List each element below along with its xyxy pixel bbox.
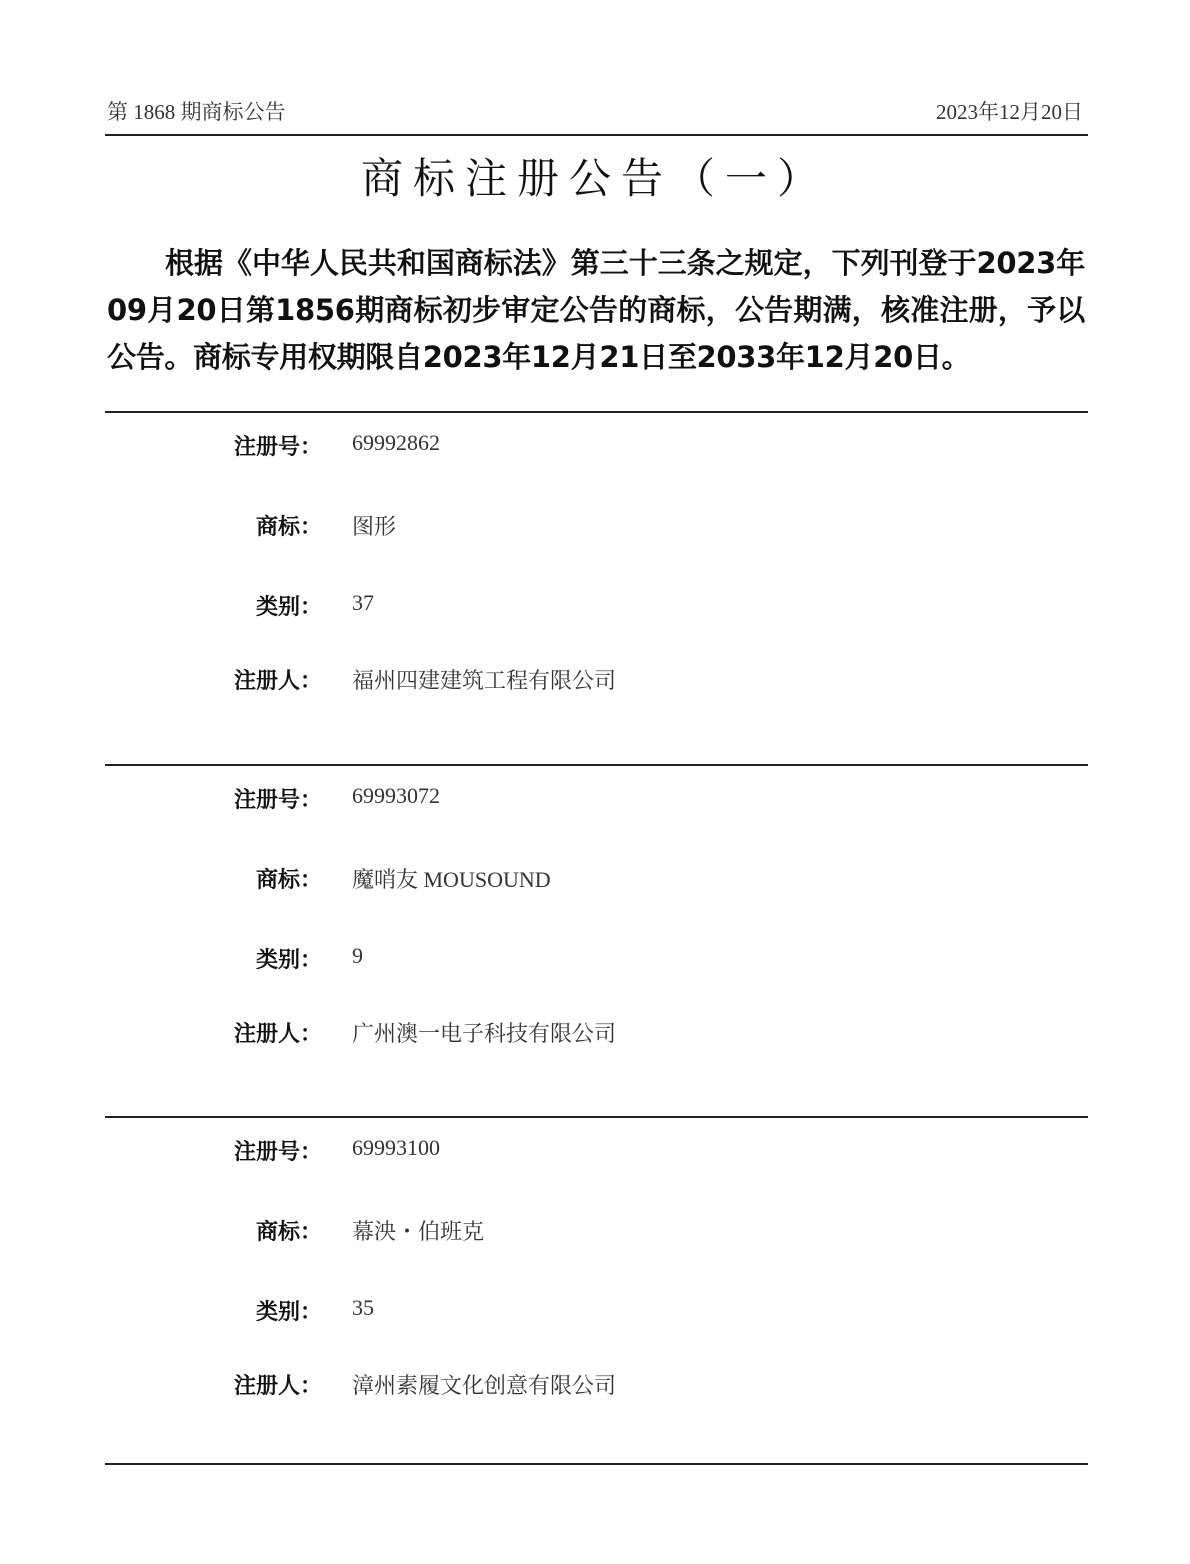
reg-no-row: 注册号： 69993100 [0,1135,1190,1175]
registrant-value: 福州四建建筑工程有限公司 [352,664,616,695]
class-label: 类别： [256,943,322,974]
reg-no-value: 69992862 [352,430,440,456]
reg-no-row: 注册号： 69992862 [0,430,1190,470]
reg-no-label: 注册号： [234,430,322,461]
page-title: 商标注册公告（一） [0,146,1190,206]
class-value: 9 [352,943,363,969]
registrant-value: 漳州素履文化创意有限公司 [352,1369,616,1400]
mark-row: 商标： 魔哨友 MOUSOUND [0,863,1190,903]
mark-label: 商标： [256,510,322,541]
mark-value: 魔哨友 MOUSOUND [352,863,551,894]
mark-label: 商标： [256,863,322,894]
mark-label: 商标： [256,1215,322,1246]
entry-divider [105,764,1088,766]
mark-value: 图形 [352,510,396,541]
class-label: 类别： [256,1295,322,1326]
issue-number: 第 1868 期商标公告 [107,96,286,126]
registrant-label: 注册人： [234,1369,322,1400]
entry-divider [105,1116,1088,1118]
registrant-label: 注册人： [234,664,322,695]
publication-date: 2023年12月20日 [936,96,1083,126]
reg-no-label: 注册号： [234,783,322,814]
mark-row: 商标： 幕泱・伯班克 [0,1215,1190,1255]
reg-no-value: 69993100 [352,1135,440,1161]
class-value: 37 [352,590,374,616]
registrant-row: 注册人： 广州澳一电子科技有限公司 [0,1017,1190,1057]
class-row: 类别： 35 [0,1295,1190,1335]
class-row: 类别： 37 [0,590,1190,630]
entry-divider [105,411,1088,413]
mark-value: 幕泱・伯班克 [352,1215,484,1246]
intro-paragraph: 根据《中华人民共和国商标法》第三十三条之规定，下列刊登于2023年09月20日第… [107,240,1085,381]
class-label: 类别： [256,590,322,621]
registrant-row: 注册人： 漳州素履文化创意有限公司 [0,1369,1190,1409]
reg-no-row: 注册号： 69993072 [0,783,1190,823]
reg-no-label: 注册号： [234,1135,322,1166]
mark-row: 商标： 图形 [0,510,1190,550]
class-value: 35 [352,1295,374,1321]
registrant-label: 注册人： [234,1017,322,1048]
registrant-row: 注册人： 福州四建建筑工程有限公司 [0,664,1190,704]
footer-divider [105,1463,1088,1465]
reg-no-value: 69993072 [352,783,440,809]
class-row: 类别： 9 [0,943,1190,983]
header-divider [105,134,1088,136]
registrant-value: 广州澳一电子科技有限公司 [352,1017,616,1048]
